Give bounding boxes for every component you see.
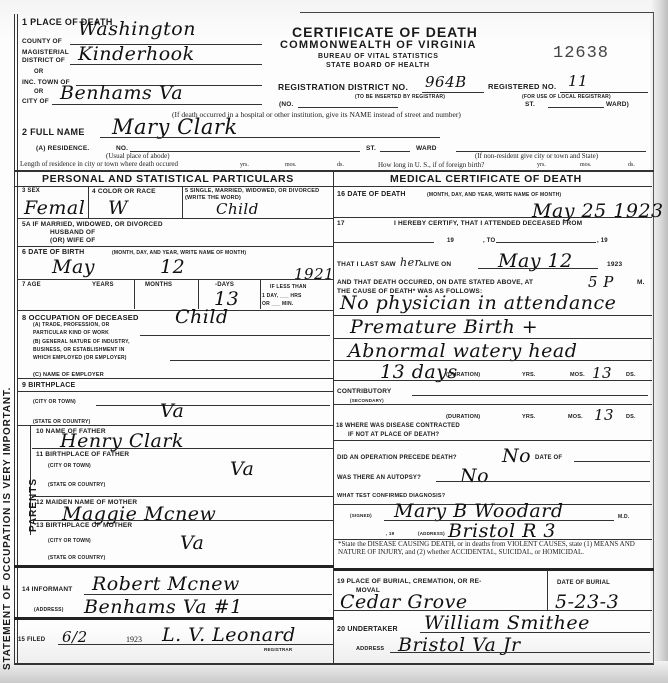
registration-district-label: Registration District No. — [278, 82, 408, 92]
row-8-underline — [18, 378, 334, 379]
attended-to-underline — [496, 242, 596, 243]
medical-section-title: MEDICAL CERTIFICATE OF DEATH — [390, 173, 582, 185]
days-less-divider — [260, 279, 261, 309]
death-time-m: M. — [637, 279, 645, 286]
cause-line-2-underline — [334, 338, 652, 339]
county-value: Washington — [78, 18, 196, 40]
parents-bottom-rule — [14, 565, 334, 568]
district-label-2: District of — [22, 57, 65, 64]
nonresident-note: (If non-resident give city or town and S… — [475, 152, 598, 160]
signed-label: (Signed) — [350, 513, 372, 518]
occupation-value: Child — [175, 306, 229, 328]
sex-race-divider — [88, 186, 89, 218]
dod-note: (Month, day, and year, write name of mon… — [427, 192, 561, 198]
secondary-underline — [334, 404, 652, 405]
informant-value: Robert Mcnew — [92, 573, 240, 595]
informant-address-value: Benhams Va #1 — [84, 596, 243, 618]
autopsy-underline — [436, 481, 650, 482]
full-name-value: Mary Clark — [112, 115, 238, 139]
street-ward-label: Ward) — [606, 101, 629, 108]
attended-from-19: 19 — [447, 238, 454, 244]
occupation-b-underline — [170, 360, 330, 361]
registrar-label: Registrar — [264, 647, 292, 652]
last-saw-year: 1923 — [607, 261, 622, 268]
length-ds: ds. — [337, 162, 344, 168]
us-yrs: yrs. — [537, 162, 546, 168]
undertaker-address-underline — [390, 652, 650, 653]
district-underline — [70, 64, 262, 65]
dob-year: 1921 — [294, 265, 334, 283]
registered-no-note: (For use of local registrar) — [522, 94, 611, 100]
dob-day: 12 — [160, 256, 185, 278]
personal-section-title: PERSONAL AND STATISTICAL PARTICULARS — [42, 173, 294, 185]
county-label: County of — [22, 38, 62, 45]
birthplace-label-underline — [18, 391, 334, 392]
board-label: State Board of Health — [326, 62, 430, 69]
operation-value: No — [502, 445, 531, 467]
occupation-a-underline — [140, 335, 330, 336]
signed-value: Mary B Woodard — [394, 500, 564, 522]
or-label-2: or — [34, 89, 43, 95]
undertaker-underline — [420, 632, 650, 633]
duration-label: (Duration) — [446, 372, 480, 378]
street-no-label: (No. — [279, 101, 294, 108]
us-ds: ds. — [628, 162, 635, 168]
duration2-mos-label: mos. — [568, 414, 583, 420]
filed-label: 15 Filed — [18, 637, 45, 643]
mother-birthplace-label: 13 Birthplace of Mother — [36, 522, 132, 529]
dod-label: 16 Date of Death — [337, 191, 406, 198]
cause-line-3: Abnormal watery head — [348, 340, 577, 362]
marital-value: Child — [216, 200, 259, 218]
burial-underline — [334, 610, 652, 611]
header-divider — [14, 170, 654, 172]
duration-underline — [334, 380, 652, 381]
cause-line-1: No physician in attendance — [340, 292, 616, 314]
registrar-name: L. V. Leonard — [162, 624, 296, 646]
certificate-stamp-number: 12638 — [553, 44, 609, 63]
operation-date-underline — [574, 461, 650, 462]
last-saw-pronoun: her — [400, 256, 420, 269]
informant-address-label: (Address) — [34, 607, 64, 613]
occupation-a-label-1: (a) Trade, profession, or — [33, 322, 109, 328]
father-birthplace-underline — [32, 496, 334, 497]
father-state-label: (State or country) — [48, 482, 105, 488]
residence-label: (a) Residence. — [36, 145, 89, 152]
where-contracted-underline — [334, 440, 652, 441]
undertaker-address-label: Address — [356, 646, 384, 652]
full-name-label: 2 FULL NAME — [22, 127, 85, 137]
occupation-a-label-2: particular kind of work — [33, 330, 109, 336]
attended-to-19: , 19 — [597, 238, 608, 244]
residence-note: (Usual place of abode) — [106, 152, 170, 160]
mother-state-label: (State or country) — [48, 555, 105, 561]
autopsy-value: No — [460, 465, 489, 487]
signer-address-label: (Address) — [418, 531, 445, 536]
mother-birthplace-value: Va — [180, 532, 204, 554]
bureau-label: Bureau of Vital Statistics — [318, 53, 438, 60]
district-value: Kinderhook — [78, 43, 195, 65]
attended-to-label: , to — [483, 238, 495, 244]
frame-top — [300, 12, 654, 13]
full-name-underline — [100, 137, 440, 138]
or-label-1: or — [34, 69, 43, 75]
less-than-label-2: 1 day, ___ hrs — [262, 293, 302, 299]
occupation-b-label-3: which employed (or employer) — [33, 355, 127, 361]
contributory-label: Contributory — [337, 388, 391, 395]
duration2-ds-label: ds. — [626, 414, 636, 420]
certify-number: 17 — [337, 220, 345, 227]
length-residence-label: Length of residence in city or town wher… — [20, 160, 178, 168]
undertaker-value: William Smithee — [424, 612, 590, 634]
months-days-divider — [198, 279, 199, 309]
footnote-bottom-rule — [334, 568, 654, 571]
age-years-label: Years — [92, 282, 114, 288]
occupation-label: 8 Occupation of Deceased — [22, 313, 139, 322]
dob-label: 6 Date of Birth — [22, 249, 84, 256]
registered-no-underline — [560, 92, 648, 93]
dob-month: May — [52, 256, 95, 278]
occupation-side-text: STATEMENT OF OCCUPATION IS VERY IMPORTAN… — [2, 387, 13, 670]
commonwealth-title: COMMONWEALTH OF VIRGINIA — [280, 39, 477, 51]
ward-underline — [548, 107, 604, 108]
duration-mos-label: mos. — [570, 372, 585, 378]
frame-right — [653, 12, 654, 664]
death-occurred-label: And that death occured, on date stated a… — [337, 279, 533, 286]
sex-value: Femal — [24, 197, 85, 219]
registered-no-label: Registered No. — [488, 82, 556, 91]
where-contracted-label: 18 Where was disease contracted — [336, 423, 460, 429]
city-value: Benhams Va — [60, 82, 183, 104]
duration2-yrs-label: yrs. — [522, 414, 536, 420]
signed-19: , 19 — [386, 531, 394, 536]
sex-label: 3 Sex — [22, 188, 40, 194]
autopsy-label: Was there an autopsy? — [337, 475, 421, 481]
residence-st-label: St. — [366, 145, 376, 152]
death-certificate: CERTIFICATE OF DEATH COMMONWEALTH OF VIR… — [0, 0, 668, 683]
age-label: 7 Age — [22, 282, 41, 288]
residence-no-label: No. — [116, 145, 128, 152]
row-3-underline — [18, 218, 334, 219]
informant-bottom-rule — [14, 617, 334, 620]
father-birthplace-label: 11 Birthplace of Father — [36, 451, 129, 458]
length-yrs: yrs. — [240, 162, 249, 168]
less-than-label-3: or ___ min. — [262, 301, 293, 307]
mother-name-underline — [32, 520, 334, 521]
contributory-underline — [412, 395, 648, 396]
dod-value: May 25 1923 — [532, 200, 664, 222]
spouse-label-3: (or) WIFE of — [50, 237, 95, 244]
registration-district-note: (To be inserted by registrar) — [355, 94, 445, 100]
duration-ds-label: ds. — [626, 372, 636, 378]
father-city-label: (City or town) — [48, 463, 91, 469]
duration2-ds-value: 13 — [594, 406, 614, 424]
marital-label: 5 Single, Married, Widowed, or Divorced … — [185, 188, 333, 202]
occupation-b-label-1: (b) General nature of industry, — [33, 339, 130, 345]
less-than-label-1: If less than — [270, 284, 307, 290]
cause-footnote: *State the DISEASE CAUSING DEATH, or in … — [338, 541, 650, 556]
birthplace-underline — [18, 425, 334, 426]
spouse-label-1: 5a If Married, Widowed, or Divorced — [22, 221, 163, 228]
length-mos: mos. — [285, 162, 297, 168]
father-birthplace-value: Va — [230, 458, 254, 480]
city-underline — [52, 104, 262, 105]
birthplace-city-label: (City or town) — [33, 399, 76, 405]
duration-yrs-label: yrs. — [522, 372, 536, 378]
race-value: W — [108, 197, 128, 219]
father-name-underline — [32, 448, 334, 449]
race-label: 4 Color or Race — [92, 188, 156, 195]
residence-ward-label: Ward — [416, 145, 437, 152]
duration2-label: (Duration) — [446, 414, 480, 420]
filed-underline — [58, 644, 334, 645]
secondary-label: (Secondary) — [350, 398, 384, 403]
occupation-side-note: STATEMENT OF OCCUPATION IS VERY IMPORTAN… — [2, 310, 16, 670]
test-diagnosis-label: What test confirmed diagnosis? — [337, 493, 445, 499]
street-no-underline — [298, 107, 398, 108]
district-label-1: Magisterial — [22, 49, 69, 56]
attended-from-underline — [334, 242, 434, 243]
operation-date-label: Date of — [535, 455, 562, 461]
burial-label-1: 19 Place of Burial, Cremation, or Re- — [337, 578, 482, 585]
age-months-label: Months — [145, 282, 172, 288]
years-months-divider — [134, 279, 135, 309]
registration-district-value: 964B — [425, 73, 467, 91]
frame-bottom — [14, 663, 654, 665]
spouse-label-2: HUSBAND of — [50, 229, 95, 236]
personal-title-underline — [14, 186, 334, 187]
us-mos: mos. — [580, 162, 592, 168]
last-saw-underline — [478, 268, 598, 269]
burial-date-divider — [547, 570, 548, 610]
informant-underline — [84, 594, 332, 595]
residence-ward-underline — [380, 151, 410, 152]
death-time: 5 P — [588, 273, 614, 291]
dod-underline — [334, 217, 652, 218]
row-5a-underline — [18, 246, 334, 247]
informant-label: 14 Informant — [22, 586, 72, 593]
filed-year: 1923 — [126, 635, 142, 644]
birthplace-value: Va — [160, 400, 184, 422]
occupation-b-label-2: business, or establishment in — [33, 347, 125, 353]
certificate-title: CERTIFICATE OF DEATH — [292, 24, 478, 40]
last-saw-label: That I last saw — [337, 261, 396, 268]
mother-city-label: (City or town) — [48, 538, 91, 544]
birthplace-city-underline — [96, 405, 330, 406]
foreign-birth-label: How long in U. S., if of foreign birth? — [378, 161, 484, 169]
medical-title-underline — [334, 186, 652, 187]
where-contracted-label-2: if not at place of death? — [348, 432, 439, 438]
city-label: City of — [22, 98, 49, 105]
operation-label: Did an operation precede death? — [337, 455, 457, 461]
street-st-label: St. — [525, 101, 535, 108]
burial-date-label: Date of Burial — [557, 580, 610, 586]
alive-on-label: alive on — [419, 261, 451, 268]
certify-label: I hereby certify, That I attended deceas… — [394, 220, 582, 227]
md-label: M.D. — [618, 514, 629, 520]
undertaker-label: 20 Undertaker — [337, 626, 398, 633]
registered-no-value: 11 — [568, 72, 588, 90]
cause-line-2: Premature Birth + — [350, 316, 538, 338]
registration-district-underline — [422, 92, 484, 93]
row-6-underline — [18, 279, 334, 280]
race-marital-divider — [182, 186, 183, 218]
birthplace-label: 9 Birthplace — [22, 382, 75, 389]
